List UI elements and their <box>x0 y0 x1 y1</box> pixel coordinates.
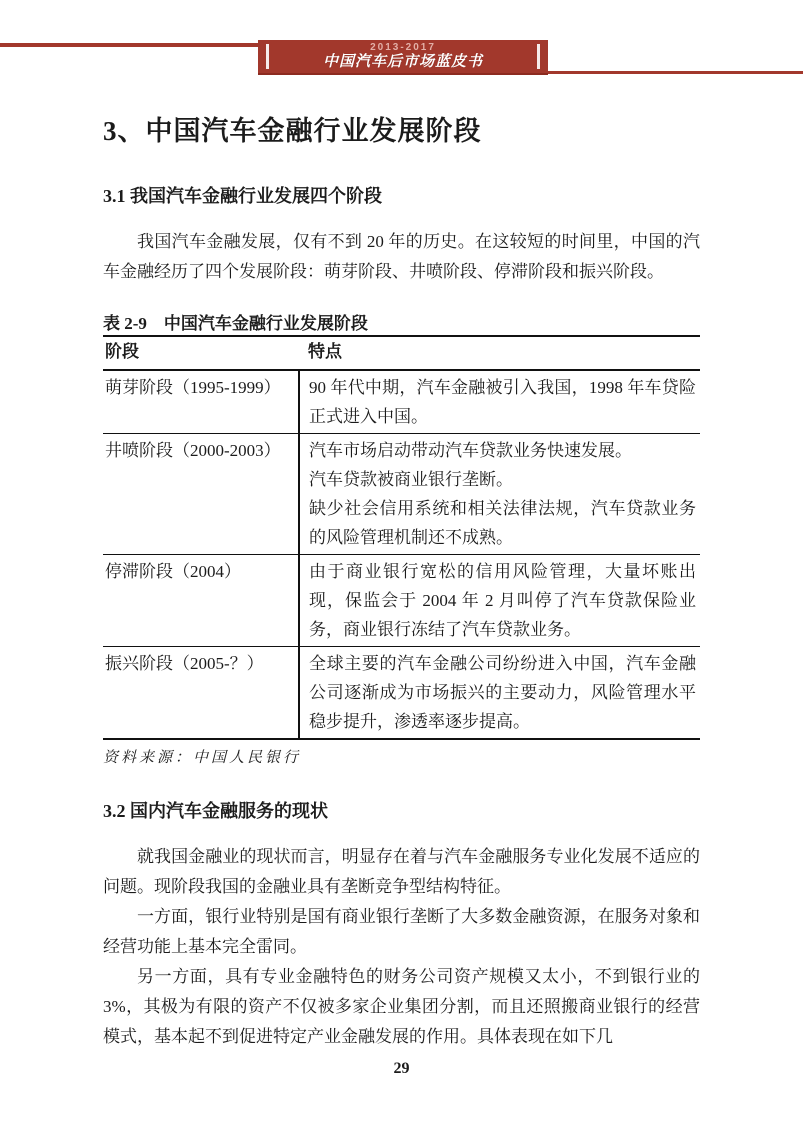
table-body: 萌芽阶段（1995-1999）90 年代中期，汽车金融被引入我国，1998 年车… <box>103 370 700 739</box>
feature-line: 汽车贷款被商业银行垄断。 <box>309 465 696 494</box>
feature-line: 全球主要的汽车金融公司纷纷进入中国，汽车金融公司逐渐成为市场振兴的主要动力，风险… <box>309 649 696 736</box>
features-cell: 全球主要的汽车金融公司纷纷进入中国，汽车金融公司逐渐成为市场振兴的主要动力，风险… <box>299 647 700 740</box>
feature-line: 缺少社会信用系统和相关法律法规，汽车贷款业务的风险管理机制还不成熟。 <box>309 494 696 552</box>
stage-cell: 萌芽阶段（1995-1999） <box>103 370 299 434</box>
stages-table: 阶段 特点 萌芽阶段（1995-1999）90 年代中期，汽车金融被引入我国，1… <box>103 335 700 740</box>
features-cell: 90 年代中期，汽车金融被引入我国，1998 年车贷险正式进入中国。 <box>299 370 700 434</box>
feature-line: 90 年代中期，汽车金融被引入我国，1998 年车贷险正式进入中国。 <box>309 373 696 431</box>
column-header-features: 特点 <box>299 336 700 370</box>
table-header: 阶段 特点 <box>103 336 700 370</box>
stage-cell: 停滞阶段（2004） <box>103 555 299 647</box>
table-row: 停滞阶段（2004）由于商业银行宽松的信用风险管理，大量坏账出现，保监会于 20… <box>103 555 700 647</box>
stage-cell: 井喷阶段（2000-2003） <box>103 434 299 555</box>
feature-line: 汽车市场启动带动汽车贷款业务快速发展。 <box>309 436 696 465</box>
section-32-paragraph: 就我国金融业的现状而言，明显存在着与汽车金融服务专业化发展不适应的问题。现阶段我… <box>103 842 700 902</box>
section-32-heading: 3.2 国内汽车金融服务的现状 <box>103 801 700 821</box>
section-32-paragraph: 另一方面，具有专业金融特色的财务公司资产规模又太小，不到银行业的 3%，其极为有… <box>103 962 700 1052</box>
stage-cell: 振兴阶段（2005-？） <box>103 647 299 740</box>
document-page: 2013-2017 中国汽车后市场蓝皮书 3、中国汽车金融行业发展阶段 3.1 … <box>0 0 803 1134</box>
table-row: 振兴阶段（2005-？）全球主要的汽车金融公司纷纷进入中国，汽车金融公司逐渐成为… <box>103 647 700 740</box>
section-32-paragraphs: 就我国金融业的现状而言，明显存在着与汽车金融服务专业化发展不适应的问题。现阶段我… <box>103 842 700 1052</box>
features-cell: 由于商业银行宽松的信用风险管理，大量坏账出现，保监会于 2004 年 2 月叫停… <box>299 555 700 647</box>
page-content: 3、中国汽车金融行业发展阶段 3.1 我国汽车金融行业发展四个阶段 我国汽车金融… <box>0 0 803 1052</box>
features-cell: 汽车市场启动带动汽车贷款业务快速发展。汽车贷款被商业银行垄断。缺少社会信用系统和… <box>299 434 700 555</box>
table-header-row: 阶段 特点 <box>103 336 700 370</box>
page-number: 29 <box>0 1060 803 1078</box>
section-32-paragraph: 一方面，银行业特别是国有商业银行垄断了大多数金融资源，在服务对象和经营功能上基本… <box>103 902 700 962</box>
feature-line: 由于商业银行宽松的信用风险管理，大量坏账出现，保监会于 2004 年 2 月叫停… <box>309 557 696 644</box>
table-row: 萌芽阶段（1995-1999）90 年代中期，汽车金融被引入我国，1998 年车… <box>103 370 700 434</box>
section-31-paragraph: 我国汽车金融发展，仅有不到 20 年的历史。在这较短的时间里，中国的汽车金融经历… <box>103 227 700 287</box>
table-source-note: 资料来源：中国人民银行 <box>103 747 700 769</box>
section-31-heading: 3.1 我国汽车金融行业发展四个阶段 <box>103 186 700 206</box>
table-caption: 表 2-9 中国汽车金融行业发展阶段 <box>103 313 700 335</box>
column-header-stage: 阶段 <box>103 336 299 370</box>
table-row: 井喷阶段（2000-2003）汽车市场启动带动汽车贷款业务快速发展。汽车贷款被商… <box>103 434 700 555</box>
chapter-title: 3、中国汽车金融行业发展阶段 <box>103 113 700 149</box>
